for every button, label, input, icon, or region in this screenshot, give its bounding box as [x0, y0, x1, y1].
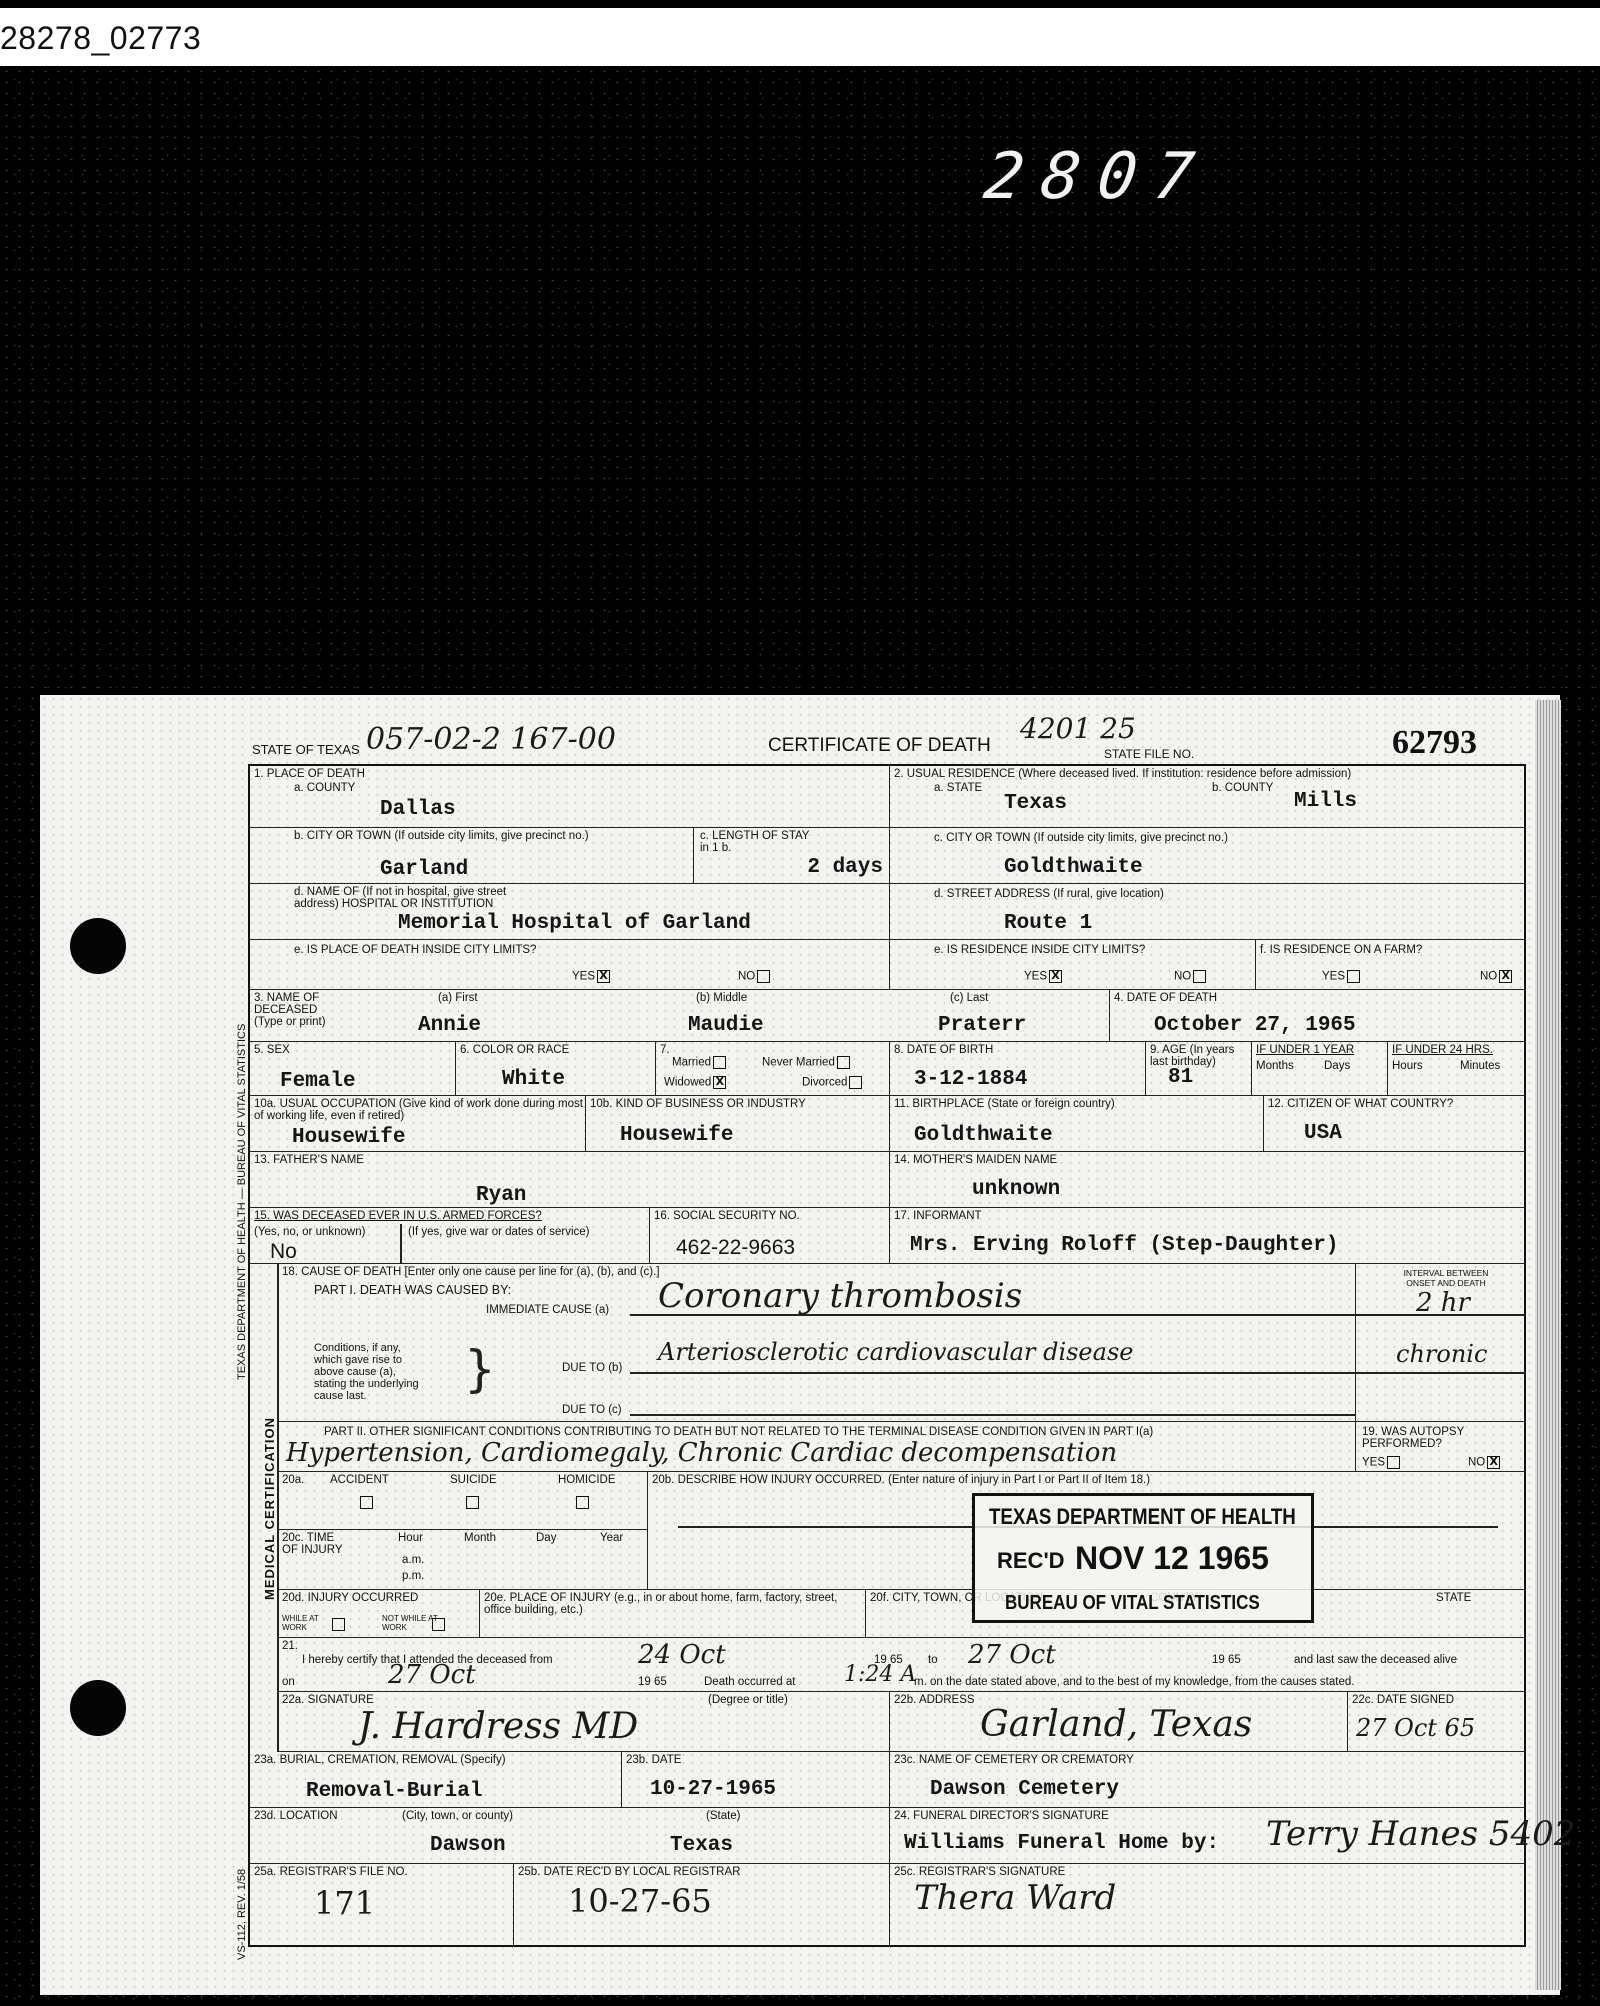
- death-county-value: Dallas: [380, 798, 456, 821]
- field-label: 14. MOTHER'S MAIDEN NAME: [894, 1154, 1057, 1166]
- residence-city-value: Goldthwaite: [1004, 856, 1143, 879]
- field-label: b. CITY OR TOWN (If outside city limits,…: [294, 830, 589, 842]
- scan-id-bar: 28278_02773: [0, 8, 1600, 66]
- field-label: 6. COLOR OR RACE: [460, 1044, 569, 1056]
- accident-checkbox[interactable]: [360, 1496, 373, 1509]
- registrar-date-value: 10-27-65: [568, 1882, 712, 1920]
- field-label: SUICIDE: [450, 1474, 497, 1486]
- field-label: 20c. TIME OF INJURY: [282, 1532, 352, 1556]
- place-of-death-county-cell: 1. PLACE OF DEATH a. COUNTY Dallas: [250, 766, 890, 828]
- yes-label: YES: [572, 971, 595, 983]
- funeral-director-signature: Terry Hanes 5402: [1266, 1814, 1575, 1854]
- year-value: 19 65: [638, 1676, 667, 1688]
- middle-name-value: Maudie: [688, 1014, 764, 1037]
- option-label: Divorced: [802, 1077, 847, 1089]
- field-label: 19. WAS AUTOPSY PERFORMED?: [1362, 1426, 1522, 1450]
- field-label: 7.: [660, 1044, 670, 1056]
- while-at-work-checkbox[interactable]: [332, 1618, 345, 1631]
- field-label: STATE: [1436, 1592, 1471, 1604]
- field-label: Year: [600, 1532, 623, 1544]
- hospital-value: Memorial Hospital of Garland: [398, 912, 751, 935]
- bracket-icon: }: [464, 1344, 496, 1394]
- sex-cell: 5. SEX Female: [250, 1042, 456, 1096]
- residence-state-value: Texas: [1004, 792, 1067, 815]
- burial-location-cell: 23d. LOCATION (City, town, or county) (S…: [250, 1808, 890, 1864]
- field-label: b. COUNTY: [1212, 782, 1273, 794]
- cause-of-death-cell: 18. CAUSE OF DEATH [Enter only one cause…: [278, 1264, 1356, 1422]
- field-label: (If yes, give war or dates of service): [408, 1226, 590, 1238]
- checkbox-unchecked[interactable]: [849, 1076, 862, 1089]
- immediate-cause-value: Coronary thrombosis: [658, 1276, 1022, 1316]
- field-label: 13. FATHER'S NAME: [254, 1154, 364, 1166]
- underline: [630, 1372, 1356, 1374]
- field-label: 20e. PLACE OF INJURY (e.g., in or about …: [484, 1592, 864, 1616]
- divider: [1356, 1314, 1526, 1316]
- field-label: on: [282, 1676, 295, 1688]
- place-of-injury-cell: 20e. PLACE OF INJURY (e.g., in or about …: [480, 1590, 866, 1638]
- no-label: NO: [738, 971, 755, 983]
- mother-name-cell: 14. MOTHER'S MAIDEN NAME unknown: [890, 1152, 1526, 1208]
- field-label: f. IS RESIDENCE ON A FARM?: [1260, 944, 1422, 956]
- yes-label: YES: [1024, 971, 1047, 983]
- paper-stack-edge: [1535, 700, 1561, 1990]
- underline: [630, 1414, 1356, 1416]
- medical-section-border: [277, 1264, 279, 1752]
- race-value: White: [502, 1068, 565, 1091]
- field-label: 21.: [282, 1640, 298, 1652]
- physician-signature: J. Hardress MD: [358, 1706, 638, 1747]
- field-label: (City, town, or county): [402, 1810, 513, 1822]
- disposition-date-cell: 23b. DATE 10-27-1965: [622, 1752, 890, 1808]
- injury-type-cell: 20a. ACCIDENT SUICIDE HOMICIDE: [278, 1472, 648, 1530]
- suicide-checkbox[interactable]: [466, 1496, 479, 1509]
- field-label: c. LENGTH OF STAY in 1 b.: [700, 830, 820, 854]
- state-label: STATE OF TEXAS: [252, 742, 360, 757]
- form-revision: VS-112, REV. 1/58: [236, 1869, 248, 1960]
- field-label: Months: [1256, 1060, 1294, 1072]
- physician-address-cell: 22b. ADDRESS Garland, Texas: [890, 1692, 1348, 1752]
- checkbox-unchecked[interactable]: [757, 970, 770, 983]
- field-label: IF UNDER 1 YEAR: [1256, 1044, 1354, 1056]
- field-label: a. STATE: [934, 782, 982, 794]
- residence-county-value: Mills: [1294, 790, 1357, 813]
- batch-stamp-number: 2807: [980, 140, 1217, 214]
- year-value: 19 65: [1212, 1654, 1241, 1666]
- field-label: 11. BIRTHPLACE (State or foreign country…: [894, 1098, 1115, 1110]
- first-name-value: Annie: [418, 1014, 481, 1037]
- date-of-death-value: October 27, 1965: [1154, 1014, 1356, 1037]
- field-label: PART II. OTHER SIGNIFICANT CONDITIONS CO…: [324, 1426, 1153, 1438]
- no-label: NO: [1480, 971, 1497, 983]
- field-label: to: [928, 1654, 938, 1666]
- divorced-option[interactable]: Divorced: [802, 1076, 862, 1089]
- death-time-value: 1:24 A: [844, 1662, 916, 1687]
- checkbox-checked[interactable]: X: [713, 1076, 726, 1089]
- armed-forces-value: No: [270, 1240, 297, 1264]
- attended-to-value: 27 Oct: [968, 1640, 1056, 1670]
- handwritten-number: 057-02-2 167-00: [366, 722, 616, 757]
- field-label: 2. USUAL RESIDENCE (Where deceased lived…: [894, 768, 1351, 780]
- option-label: Widowed: [664, 1077, 711, 1089]
- field-label: 22b. ADDRESS: [894, 1694, 975, 1706]
- field-label: Death occurred at: [704, 1676, 795, 1688]
- checkbox-checked[interactable]: X: [1499, 970, 1512, 983]
- field-label: a. COUNTY: [294, 782, 355, 794]
- date-of-birth-value: 3-12-1884: [914, 1068, 1027, 1091]
- physician-address: Garland, Texas: [980, 1704, 1252, 1745]
- field-label: c. CITY OR TOWN (If outside city limits,…: [934, 832, 1228, 844]
- autopsy-yes[interactable]: YES: [1362, 1456, 1400, 1469]
- field-label: 24. FUNERAL DIRECTOR'S SIGNATURE: [894, 1810, 1109, 1822]
- disposition-method-value: Removal-Burial: [306, 1780, 482, 1803]
- field-label: 20b. DESCRIBE HOW INJURY OCCURRED. (Ente…: [652, 1474, 1150, 1486]
- date-signed-cell: 22c. DATE SIGNED 27 Oct 65: [1348, 1692, 1526, 1752]
- date-of-death-cell: 4. DATE OF DEATH October 27, 1965: [1110, 990, 1526, 1042]
- field-label: 8. DATE OF BIRTH: [894, 1044, 993, 1056]
- death-city-value: Garland: [380, 858, 468, 881]
- no-label: NO: [1174, 971, 1191, 983]
- date-of-birth-cell: 8. DATE OF BIRTH 3-12-1884: [890, 1042, 1146, 1096]
- stamp-date: NOV 12 1965: [1075, 1540, 1269, 1577]
- field-label: (b) Middle: [696, 992, 747, 1004]
- field-label: (State): [706, 1810, 741, 1822]
- conditions-note: Conditions, if any, which gave rise to a…: [314, 1342, 424, 1402]
- checkbox-unchecked[interactable]: [837, 1056, 850, 1069]
- residence-farm-no[interactable]: NOX: [1480, 970, 1512, 983]
- field-label: IMMEDIATE CAUSE (a): [486, 1304, 609, 1316]
- field-label: Days: [1324, 1060, 1350, 1072]
- option-label: Never Married: [762, 1057, 835, 1069]
- physician-signature-cell: 22a. SIGNATURE (Degree or title) J. Hard…: [278, 1692, 890, 1752]
- field-label: Minutes: [1460, 1060, 1500, 1072]
- field-label: 10b. KIND OF BUSINESS OR INDUSTRY: [590, 1098, 806, 1110]
- checkbox-checked[interactable]: X: [1049, 970, 1062, 983]
- registrar-date-cell: 25b. DATE REC'D BY LOCAL REGISTRAR 10-27…: [514, 1864, 890, 1947]
- scan-image-id: 28278_02773: [0, 20, 201, 57]
- autopsy-cell: 19. WAS AUTOPSY PERFORMED? YES NOX: [1356, 1422, 1526, 1472]
- checkbox-checked[interactable]: X: [597, 970, 610, 983]
- punch-hole-icon: [70, 1680, 126, 1736]
- cemetery-cell: 23c. NAME OF CEMETERY OR CREMATORY Dawso…: [890, 1752, 1526, 1808]
- age-value: 81: [1168, 1066, 1193, 1089]
- homicide-checkbox[interactable]: [576, 1496, 589, 1509]
- age-cell: 9. AGE (In years last birthday) 81: [1146, 1042, 1252, 1096]
- field-label: 18. CAUSE OF DEATH [Enter only one cause…: [282, 1266, 660, 1278]
- under-24-hours-cell: IF UNDER 24 HRS. Hours Minutes: [1388, 1042, 1526, 1096]
- field-label: WHILE AT WORK: [282, 1614, 332, 1632]
- marital-status-cell: 7. Married Never Married WidowedX Divorc…: [656, 1042, 890, 1096]
- funeral-home-value: Williams Funeral Home by:: [904, 1832, 1219, 1855]
- handwritten-file-ref: 4201 25: [1020, 712, 1136, 745]
- not-while-at-work-checkbox[interactable]: [432, 1618, 445, 1631]
- field-label: e. IS RESIDENCE INSIDE CITY LIMITS?: [934, 944, 1145, 956]
- side-department-text: TEXAS DEPARTMENT OF HEALTH — BUREAU OF V…: [236, 1024, 248, 1380]
- ssn-value: 462-22-9663: [676, 1236, 795, 1260]
- state-file-no-label: STATE FILE NO.: [1104, 747, 1194, 761]
- residence-state-cell: 2. USUAL RESIDENCE (Where deceased lived…: [890, 766, 1526, 828]
- date-signed-value: 27 Oct 65: [1356, 1714, 1475, 1742]
- industry-cell: 10b. KIND OF BUSINESS OR INDUSTRY Housew…: [586, 1096, 890, 1152]
- married-option[interactable]: Married: [672, 1056, 726, 1069]
- registrar-file-value: 171: [314, 1884, 375, 1922]
- industry-value: Housewife: [620, 1124, 733, 1147]
- residence-inside-no[interactable]: NO: [1174, 970, 1206, 983]
- residence-inside-yes[interactable]: YESX: [1024, 970, 1062, 983]
- punch-hole-icon: [70, 918, 126, 974]
- attending-certification-cell: 21. I hereby certify that I attended the…: [278, 1638, 1526, 1692]
- field-label: m. on the date stated above, and to the …: [914, 1676, 1354, 1688]
- checkbox-unchecked[interactable]: [1193, 970, 1206, 983]
- field-label: 23a. BURIAL, CREMATION, REMOVAL (Specify…: [254, 1754, 506, 1766]
- under-one-year-cell: IF UNDER 1 YEAR Months Days: [1252, 1042, 1388, 1096]
- father-name-cell: 13. FATHER'S NAME Ryan: [250, 1152, 890, 1208]
- checkbox-unchecked[interactable]: [1347, 970, 1360, 983]
- birthplace-value: Goldthwaite: [914, 1124, 1053, 1147]
- residence-farm-cell: f. IS RESIDENCE ON A FARM? YES NOX: [1256, 940, 1526, 990]
- field-label: p.m.: [402, 1570, 424, 1582]
- occupation-cell: 10a. USUAL OCCUPATION (Give kind of work…: [250, 1096, 586, 1152]
- received-stamp: TEXAS DEPARTMENT OF HEALTH REC'D NOV 12 …: [972, 1493, 1314, 1623]
- death-inside-limits-yes[interactable]: YESX: [572, 970, 610, 983]
- burial-state-value: Texas: [670, 1834, 733, 1857]
- option-label: Married: [672, 1057, 711, 1069]
- field-label: 20a.: [282, 1474, 304, 1486]
- due-to-b-value: Arteriosclerotic cardiovascular disease: [658, 1338, 1133, 1366]
- residence-city-cell: c. CITY OR TOWN (If outside city limits,…: [890, 828, 1526, 884]
- deceased-name-cell: 3. NAME OF DECEASED (Type or print) (a) …: [250, 990, 1110, 1042]
- residence-street-cell: d. STREET ADDRESS (If rural, give locati…: [890, 884, 1526, 940]
- field-label: 3. NAME OF DECEASED (Type or print): [254, 992, 344, 1028]
- hospital-cell: d. NAME OF (If not in hospital, give str…: [250, 884, 890, 940]
- field-label: 23d. LOCATION: [254, 1810, 338, 1822]
- citizenship-cell: 12. CITIZEN OF WHAT COUNTRY? USA: [1264, 1096, 1526, 1152]
- field-label: a.m.: [402, 1554, 424, 1566]
- field-label: 20d. INJURY OCCURRED: [282, 1592, 418, 1604]
- burial-city-value: Dawson: [430, 1834, 506, 1857]
- informant-value: Mrs. Erving Roloff (Step-Daughter): [910, 1234, 1338, 1257]
- length-of-stay-value: 2 days: [807, 856, 883, 879]
- part-two-value: Hypertension, Cardiomegaly, Chronic Card…: [286, 1438, 1117, 1468]
- injury-occurred-cell: 20d. INJURY OCCURRED WHILE AT WORK NOT W…: [278, 1590, 480, 1638]
- stamp-recd-label: REC'D: [997, 1548, 1065, 1574]
- disposition-date-value: 10-27-1965: [650, 1778, 776, 1801]
- field-label: 23b. DATE: [626, 1754, 681, 1766]
- field-label: e. IS PLACE OF DEATH INSIDE CITY LIMITS?: [294, 944, 536, 956]
- field-label: DUE TO (c): [562, 1404, 622, 1416]
- sex-value: Female: [280, 1070, 356, 1093]
- attended-from-value: 24 Oct: [638, 1640, 726, 1670]
- field-label: Hour: [398, 1532, 423, 1544]
- citizenship-value: USA: [1304, 1122, 1342, 1145]
- father-name-value: Ryan: [476, 1184, 526, 1207]
- field-label: Hours: [1392, 1060, 1423, 1072]
- state-file-number: 62793: [1392, 724, 1477, 762]
- interval-b-value: chronic: [1396, 1340, 1487, 1368]
- field-label: 22c. DATE SIGNED: [1352, 1694, 1454, 1706]
- interval-cell: INTERVAL BETWEEN ONSET AND DEATH 2 hr ch…: [1356, 1264, 1526, 1422]
- disposition-method-cell: 23a. BURIAL, CREMATION, REMOVAL (Specify…: [250, 1752, 622, 1808]
- divider: [1356, 1372, 1526, 1374]
- field-label: Month: [464, 1532, 496, 1544]
- field-label: (Degree or title): [708, 1694, 788, 1706]
- field-label: IF UNDER 24 HRS.: [1392, 1044, 1493, 1056]
- autopsy-no[interactable]: NOX: [1468, 1456, 1500, 1469]
- field-label: 23c. NAME OF CEMETERY OR CREMATORY: [894, 1754, 1134, 1766]
- death-inside-limits-no[interactable]: NO: [738, 970, 770, 983]
- field-label: d. NAME OF (If not in hospital, give str…: [294, 886, 534, 910]
- registrar-file-cell: 25a. REGISTRAR'S FILE NO. 171: [250, 1864, 514, 1947]
- registrar-signature-cell: 25c. REGISTRAR'S SIGNATURE Thera Ward: [890, 1864, 1526, 1947]
- mother-name-value: unknown: [972, 1178, 1060, 1201]
- field-label: (Yes, no, or unknown): [254, 1226, 365, 1238]
- field-label: 12. CITIZEN OF WHAT COUNTRY?: [1268, 1098, 1453, 1110]
- yes-label: YES: [1322, 971, 1345, 983]
- field-label: 1. PLACE OF DEATH: [254, 768, 365, 780]
- field-label: 4. DATE OF DEATH: [1114, 992, 1217, 1004]
- funeral-director-cell: 24. FUNERAL DIRECTOR'S SIGNATURE William…: [890, 1808, 1526, 1864]
- armed-forces-cell: 15. WAS DECEASED EVER IN U.S. ARMED FORC…: [250, 1208, 650, 1264]
- death-city-cell: b. CITY OR TOWN (If outside city limits,…: [250, 828, 694, 884]
- field-label: HOMICIDE: [558, 1474, 616, 1486]
- field-label: (a) First: [438, 992, 478, 1004]
- checkbox-unchecked[interactable]: [1387, 1456, 1400, 1469]
- ssn-cell: 16. SOCIAL SECURITY NO. 462-22-9663: [650, 1208, 890, 1264]
- birthplace-cell: 11. BIRTHPLACE (State or foreign country…: [890, 1096, 1264, 1152]
- checkbox-unchecked[interactable]: [713, 1056, 726, 1069]
- occupation-value: Housewife: [292, 1126, 405, 1149]
- field-label: 10a. USUAL OCCUPATION (Give kind of work…: [254, 1098, 584, 1122]
- field-label: and last saw the deceased alive: [1294, 1654, 1457, 1666]
- field-label: 22a. SIGNATURE: [282, 1694, 374, 1706]
- field-label: 15. WAS DECEASED EVER IN U.S. ARMED FORC…: [254, 1210, 542, 1222]
- stamp-department: TEXAS DEPARTMENT OF HEALTH: [989, 1504, 1296, 1530]
- residence-inside-limits-cell: e. IS RESIDENCE INSIDE CITY LIMITS? YESX…: [890, 940, 1256, 990]
- residence-farm-yes[interactable]: YES: [1322, 970, 1360, 983]
- never-married-option[interactable]: Never Married: [762, 1056, 850, 1069]
- field-label: 5. SEX: [254, 1044, 290, 1056]
- widowed-option[interactable]: WidowedX: [664, 1076, 726, 1089]
- field-label: 9. AGE (In years last birthday): [1150, 1044, 1250, 1068]
- death-certificate-form: 1. PLACE OF DEATH a. COUNTY Dallas 2. US…: [248, 764, 1526, 1947]
- time-of-injury-cell: 20c. TIME OF INJURY Hour Month Day Year …: [278, 1530, 648, 1590]
- field-label: (c) Last: [950, 992, 988, 1004]
- field-label: 25a. REGISTRAR'S FILE NO.: [254, 1866, 408, 1878]
- stamp-bureau: BUREAU OF VITAL STATISTICS: [1005, 1592, 1260, 1615]
- field-label: DUE TO (b): [562, 1362, 622, 1374]
- divider: [400, 1224, 402, 1264]
- informant-cell: 17. INFORMANT Mrs. Erving Roloff (Step-D…: [890, 1208, 1526, 1264]
- field-label: d. STREET ADDRESS (If rural, give locati…: [934, 888, 1164, 900]
- field-label: 17. INFORMANT: [894, 1210, 982, 1222]
- part-two-cell: PART II. OTHER SIGNIFICANT CONDITIONS CO…: [278, 1422, 1356, 1472]
- field-label: NOT WHILE AT WORK: [382, 1614, 438, 1632]
- race-cell: 6. COLOR OR RACE White: [456, 1042, 656, 1096]
- field-label: 25b. DATE REC'D BY LOCAL REGISTRAR: [518, 1866, 740, 1878]
- field-label: Day: [536, 1532, 556, 1544]
- last-name-value: Praterr: [938, 1014, 1026, 1037]
- field-label: ACCIDENT: [330, 1474, 389, 1486]
- death-inside-limits-cell: e. IS PLACE OF DEATH INSIDE CITY LIMITS?…: [250, 940, 890, 990]
- length-of-stay-cell: c. LENGTH OF STAY in 1 b. 2 days: [694, 828, 890, 884]
- field-label: PART I. DEATH WAS CAUSED BY:: [314, 1284, 511, 1296]
- field-label: 25c. REGISTRAR'S SIGNATURE: [894, 1866, 1065, 1878]
- field-label: 16. SOCIAL SECURITY NO.: [654, 1210, 800, 1222]
- last-seen-value: 27 Oct: [388, 1660, 476, 1690]
- certificate-title: CERTIFICATE OF DEATH: [768, 735, 991, 757]
- cemetery-value: Dawson Cemetery: [930, 1778, 1119, 1801]
- field-label: INTERVAL BETWEEN ONSET AND DEATH: [1396, 1268, 1496, 1288]
- residence-street-value: Route 1: [1004, 912, 1092, 935]
- checkbox-checked[interactable]: X: [1487, 1456, 1500, 1469]
- registrar-signature: Thera Ward: [914, 1878, 1116, 1918]
